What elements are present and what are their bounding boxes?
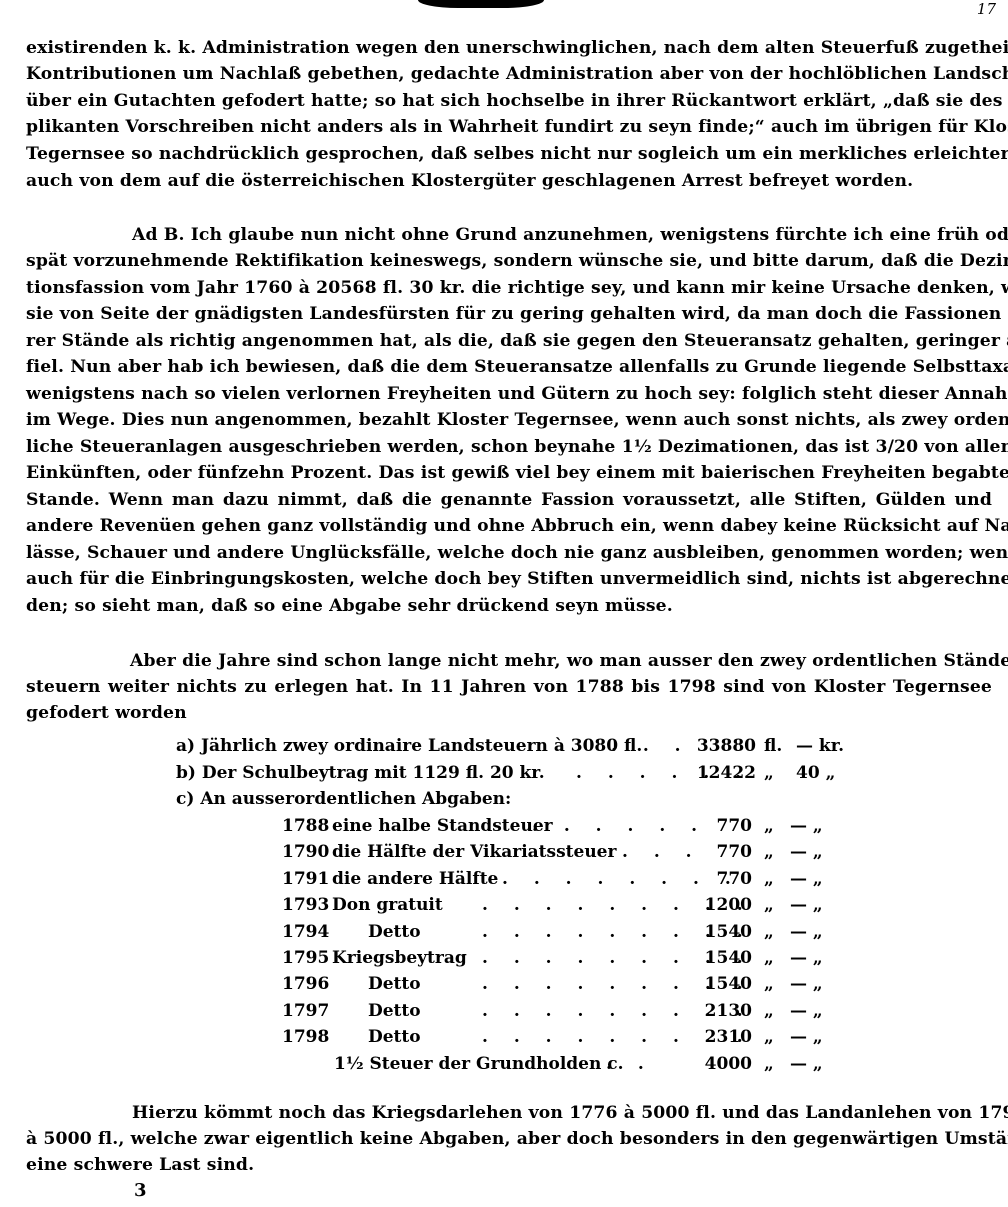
text-line: im Wege. Dies nun angenommen, bezahlt Kl… — [26, 407, 992, 433]
row-label: Don gratuit — [332, 892, 443, 918]
text-line: wenigstens nach so vielen verlornen Frey… — [26, 381, 992, 407]
amount-fl: 1540 — [672, 945, 752, 971]
row-label: eine halbe Standsteuer — [332, 813, 553, 839]
amount-fl: 2130 — [672, 998, 752, 1024]
text-line: Einkünften, oder fünfzehn Prozent. Das i… — [26, 460, 992, 486]
text-line: rer Stände als richtig angenommen hat, a… — [26, 328, 992, 354]
row-year: 1793 — [282, 892, 329, 918]
amount-kr: 40 „ — [796, 760, 835, 786]
text-line: fiel. Nun aber hab ich bewiesen, daß die… — [26, 354, 992, 380]
row-year: 1790 — [282, 839, 329, 865]
header-ornament — [418, 0, 544, 8]
text-line: spät vorzunehmende Rektifikation keinesw… — [26, 248, 992, 274]
row-label: b) Der Schulbeytrag mit 1129 fl. 20 kr. — [176, 760, 545, 786]
amount-kr: — kr. — [796, 733, 844, 759]
row-label: 1½ Steuer der Grundholden c. — [334, 1051, 624, 1077]
row-label: Detto — [368, 998, 421, 1024]
amount-fl: 2310 — [672, 1024, 752, 1050]
unit-fl: „ — [764, 892, 774, 918]
amount-fl: 1200 — [672, 892, 752, 918]
table-row: 1790die Hälfte der Vikariatssteuer. . .7… — [282, 839, 842, 865]
row-label: c) An ausserordentlichen Abgaben: — [176, 786, 511, 812]
text-line: lässe, Schauer und andere Unglücksfälle,… — [26, 540, 992, 566]
amount-fl: 770 — [672, 866, 752, 892]
unit-fl: „ — [764, 839, 774, 865]
amount-fl: 4000 — [672, 1051, 752, 1077]
amount-kr: — „ — [790, 945, 823, 971]
amount-kr: — „ — [790, 892, 823, 918]
unit-fl: „ — [764, 971, 774, 997]
row-label: Detto — [368, 971, 421, 997]
text-line: à 5000 fl., welche zwar eigentlich keine… — [26, 1126, 992, 1152]
unit-fl: „ — [764, 998, 774, 1024]
row-label: die andere Hälfte — [332, 866, 498, 892]
text-line: Kontributionen um Nachlaß gebethen, geda… — [26, 61, 992, 87]
amount-kr: — „ — [790, 1051, 823, 1077]
text-line: auch von dem auf die österreichischen Kl… — [26, 168, 992, 194]
row-year: 1794 — [282, 919, 329, 945]
table-row: 1788eine halbe Standsteuer. . . . . .770… — [282, 813, 842, 839]
amount-fl: 770 — [672, 813, 752, 839]
unit-fl: fl. — [764, 733, 782, 759]
text-line: andere Revenüen gehen ganz vollständig u… — [26, 513, 992, 539]
table-row: 1793Don gratuit. . . . . . . . .1200„— „ — [282, 892, 842, 918]
amount-kr: — „ — [790, 866, 823, 892]
unit-fl: „ — [764, 1051, 774, 1077]
text-line: Stande. Wenn man dazu nimmt, daß die gen… — [26, 487, 992, 513]
unit-fl: „ — [764, 813, 774, 839]
table-row: 1796Detto. . . . . . . . .1540„— „ — [282, 971, 842, 997]
text-line: auch für die Einbringungskosten, welche … — [26, 566, 992, 592]
amount-kr: — „ — [790, 971, 823, 997]
unit-fl: „ — [764, 1024, 774, 1050]
table-row: 1798Detto. . . . . . . . .2310„— „ — [282, 1024, 842, 1050]
text-line: plikanten Vorschreiben nicht anders als … — [26, 114, 992, 140]
text-line: den; so sieht man, daß so eine Abgabe se… — [26, 593, 992, 619]
text-line: tionsfassion vom Jahr 1760 à 20568 fl. 3… — [26, 275, 992, 301]
table-row: c) An ausserordentlichen Abgaben: — [176, 786, 856, 812]
row-year: 1788 — [282, 813, 329, 839]
unit-fl: „ — [764, 760, 774, 786]
page-number: 17 — [977, 0, 996, 18]
unit-fl: „ — [764, 919, 774, 945]
text-line: Aber die Jahre sind schon lange nicht me… — [130, 648, 992, 674]
unit-fl: „ — [764, 866, 774, 892]
row-year: 1791 — [282, 866, 329, 892]
amount-kr: — „ — [790, 1024, 823, 1050]
table-row: 1½ Steuer der Grundholden c.. .4000„— „ — [282, 1051, 842, 1077]
row-label: Detto — [368, 919, 421, 945]
table-row: a) Jährlich zwey ordinaire Landsteuern à… — [176, 733, 856, 759]
amount-fl: 1540 — [672, 919, 752, 945]
row-year: 1796 — [282, 971, 329, 997]
amount-fl: 33880 — [676, 733, 756, 759]
row-label: a) Jährlich zwey ordinaire Landsteuern à… — [176, 733, 642, 759]
table-row: 1794Detto. . . . . . . . .1540„— „ — [282, 919, 842, 945]
table-row: b) Der Schulbeytrag mit 1129 fl. 20 kr..… — [176, 760, 856, 786]
text-line: steuern weiter nichts zu erlegen hat. In… — [26, 674, 992, 700]
row-year: 1798 — [282, 1024, 329, 1050]
amount-kr: — „ — [790, 919, 823, 945]
unit-fl: „ — [764, 945, 774, 971]
text-line: gefodert worden — [26, 700, 992, 726]
amount-fl: 12422 — [676, 760, 756, 786]
leader-dots: . . — [606, 1051, 654, 1077]
amount-fl: 1540 — [672, 971, 752, 997]
amount-kr: — „ — [790, 998, 823, 1024]
text-line: existirenden k. k. Administration wegen … — [26, 35, 992, 61]
row-label: die Hälfte der Vikariatssteuer — [332, 839, 616, 865]
table-row: 1791die andere Hälfte. . . . . . . .770„… — [282, 866, 842, 892]
text-line: sie von Seite der gnädigsten Landesfürst… — [26, 301, 992, 327]
text-line: liche Steueranlagen ausgeschrieben werde… — [26, 434, 992, 460]
text-line: eine schwere Last sind. — [26, 1152, 992, 1178]
text-line: Ad B. Ich glaube nun nicht ohne Grund an… — [132, 222, 992, 248]
row-label: Kriegsbeytrag — [332, 945, 467, 971]
table-row: 1797Detto. . . . . . . . .2130„— „ — [282, 998, 842, 1024]
text-line: Tegernsee so nachdrücklich gesprochen, d… — [26, 141, 992, 167]
text-line: über ein Gutachten gefodert hatte; so ha… — [26, 88, 992, 114]
amount-fl: 770 — [672, 839, 752, 865]
amount-kr: — „ — [790, 839, 823, 865]
row-label: Detto — [368, 1024, 421, 1050]
printer-signature: 3 — [134, 1180, 147, 1201]
row-year: 1795 — [282, 945, 329, 971]
text-line: Hierzu kömmt noch das Kriegsdarlehen von… — [132, 1100, 992, 1126]
table-row: 1795Kriegsbeytrag. . . . . . . . .1540„—… — [282, 945, 842, 971]
row-year: 1797 — [282, 998, 329, 1024]
amount-kr: — „ — [790, 813, 823, 839]
